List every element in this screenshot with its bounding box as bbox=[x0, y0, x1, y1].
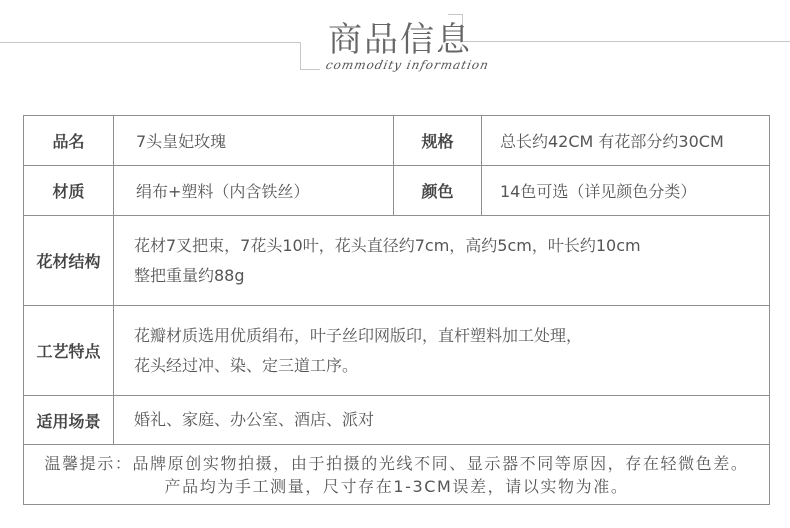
label-product-name: 品名 bbox=[24, 116, 114, 166]
flower-structure-line-2: 整把重量约88g bbox=[134, 261, 769, 291]
value-flower-structure: 花材7叉把束，7花头10叶，花头直径约7cm，高约5cm，叶长约10cm 整把重… bbox=[114, 216, 770, 306]
value-color: 14色可选（详见颜色分类） bbox=[482, 166, 770, 216]
disclaimer-line-1: 温馨提示：品牌原创实物拍摄，由于拍摄的光线不同、显示器不同等原因，存在轻微色差。 bbox=[24, 452, 769, 475]
label-use-scenarios: 适用场景 bbox=[24, 396, 114, 445]
title-left-under-line bbox=[300, 69, 320, 70]
title-right-line bbox=[462, 41, 790, 42]
table-row: 材质 绢布+塑料（内含铁丝） 颜色 14色可选（详见颜色分类） bbox=[24, 166, 770, 216]
page-title: 商品信息 bbox=[328, 18, 472, 62]
page-subtitle: commodity information bbox=[325, 58, 491, 72]
value-product-name: 7头皇妃玫瑰 bbox=[114, 116, 394, 166]
label-specification: 规格 bbox=[394, 116, 482, 166]
table-row: 品名 7头皇妃玫瑰 规格 总长约42CM 有花部分约30CM bbox=[24, 116, 770, 166]
table-row: 适用场景 婚礼、家庭、办公室、酒店、派对 bbox=[24, 396, 770, 445]
label-flower-structure: 花材结构 bbox=[24, 216, 114, 306]
value-craft-features: 花瓣材质选用优质绢布，叶子丝印网版印，直杆塑料加工处理， 花头经过冲、染、定三道… bbox=[114, 306, 770, 396]
title-left-line bbox=[0, 42, 301, 43]
label-craft-features: 工艺特点 bbox=[24, 306, 114, 396]
table-row: 工艺特点 花瓣材质选用优质绢布，叶子丝印网版印，直杆塑料加工处理， 花头经过冲、… bbox=[24, 306, 770, 396]
title-left-drop-line bbox=[300, 42, 301, 70]
product-info-table: 品名 7头皇妃玫瑰 规格 总长约42CM 有花部分约30CM 材质 绢布+塑料（… bbox=[23, 115, 770, 505]
label-color: 颜色 bbox=[394, 166, 482, 216]
disclaimer-note: 温馨提示：品牌原创实物拍摄，由于拍摄的光线不同、显示器不同等原因，存在轻微色差。… bbox=[24, 445, 770, 505]
value-use-scenarios: 婚礼、家庭、办公室、酒店、派对 bbox=[114, 396, 770, 445]
disclaimer-line-2: 产品均为手工测量，尺寸存在1-3CM误差，请以实物为准。 bbox=[24, 475, 769, 498]
flower-structure-line-1: 花材7叉把束，7花头10叶，花头直径约7cm，高约5cm，叶长约10cm bbox=[134, 231, 769, 261]
table-footer-row: 温馨提示：品牌原创实物拍摄，由于拍摄的光线不同、显示器不同等原因，存在轻微色差。… bbox=[24, 445, 770, 505]
value-specification: 总长约42CM 有花部分约30CM bbox=[482, 116, 770, 166]
table-row: 花材结构 花材7叉把束，7花头10叶，花头直径约7cm，高约5cm，叶长约10c… bbox=[24, 216, 770, 306]
title-right-cap-line bbox=[448, 14, 463, 15]
craft-features-line-2: 花头经过冲、染、定三道工序。 bbox=[134, 351, 769, 381]
label-material: 材质 bbox=[24, 166, 114, 216]
value-material: 绢布+塑料（内含铁丝） bbox=[114, 166, 394, 216]
craft-features-line-1: 花瓣材质选用优质绢布，叶子丝印网版印，直杆塑料加工处理， bbox=[134, 321, 769, 351]
